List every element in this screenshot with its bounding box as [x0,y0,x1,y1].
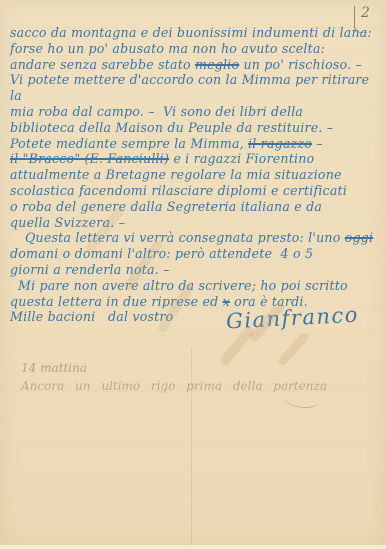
letter-line: domani o domani l'altro: però attendete … [10,246,381,262]
letter-line: quella Svizzera. – [10,215,381,231]
letter-body: sacco da montagna e dei buonissimi indum… [10,25,381,325]
letter-line: Questa lettera vi verrà consegnata prest… [10,230,381,246]
paper-edge [0,545,386,549]
letter-line: o roba del genere dalla Segreteria itali… [10,199,381,215]
letter-line: Mi pare non avere altro da scrivere; ho … [10,278,381,294]
page-number: 2 [361,5,370,21]
letter-line: andare senza sarebbe stato meglio un po'… [10,57,381,73]
pencil-note-date: 14 mattina [21,361,87,375]
letter-line: Potete mediante sempre la Mimma, il raga… [10,136,381,152]
letter-line: sacco da montagna e dei buonissimi indum… [10,25,381,41]
letter-line: il "Bracco" (E. Fanciulli) e i ragazzi F… [10,151,381,167]
letter-line: mia roba dal campo. – Vi sono dei libri … [10,104,381,120]
letter-line: giorni a renderla nota. – [10,262,381,278]
stain-mark [277,331,310,367]
letter-scan-page: 2 sacco da montagna e dei buonissimi ind… [0,0,386,549]
letter-line: Vi potete mettere d'accordo con la Mimma… [10,72,381,104]
letter-line: forse ho un po' abusato ma non ho avuto … [10,41,381,57]
pencil-note-text: Ancora un ultimo rigo prima della parten… [21,379,327,393]
pencil-flourish-mark [283,390,319,408]
paper-crease [191,348,192,549]
letter-line: scolastica facendomi rilasciare diplomi … [10,183,381,199]
letter-line: biblioteca della Maison du Peuple da res… [10,120,381,136]
letter-line: attualmente a Bretagne regolare la mia s… [10,167,381,183]
